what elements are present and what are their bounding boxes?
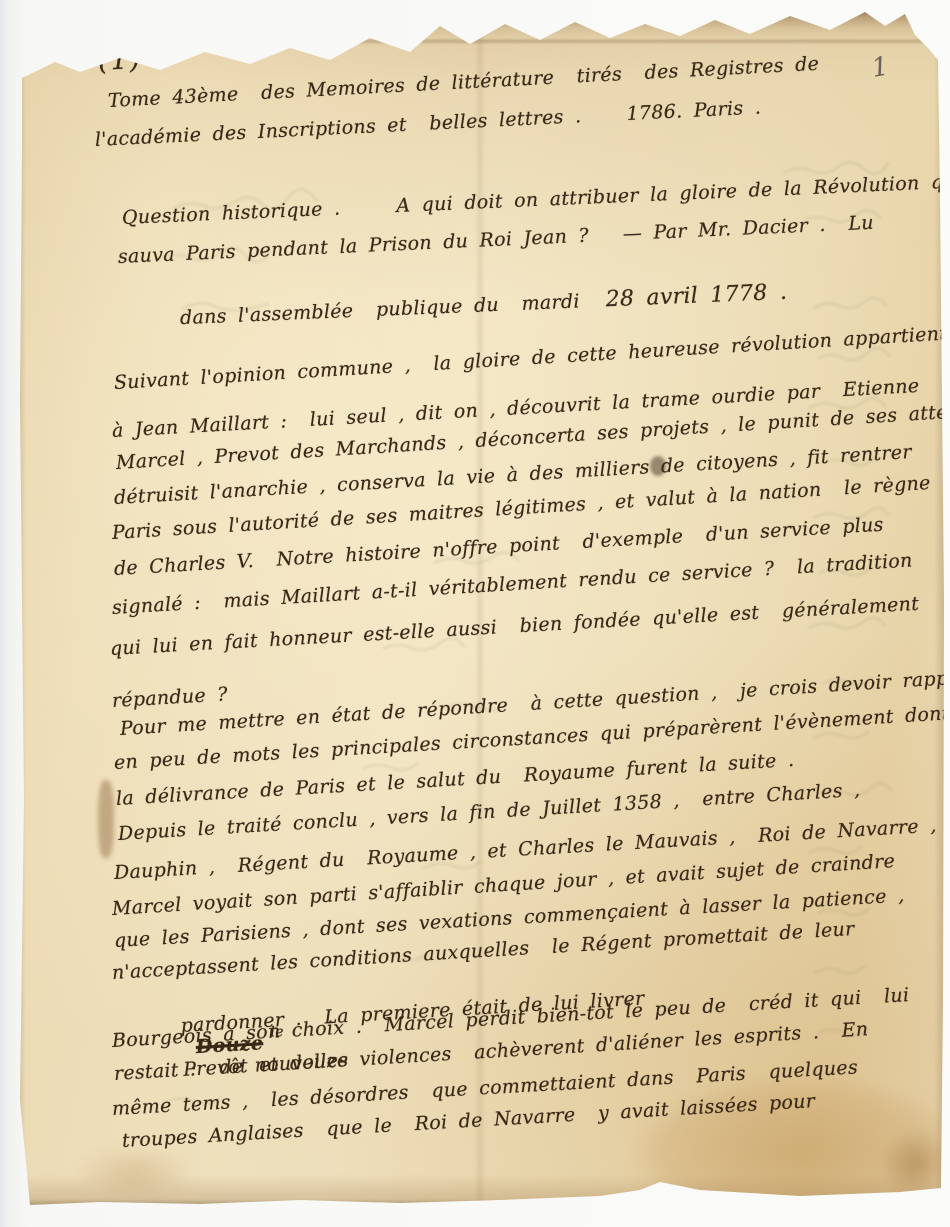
paper-stain xyxy=(74,1148,194,1198)
left-edge-shading xyxy=(14,8,26,1208)
bottom-edge-shading xyxy=(14,1174,946,1208)
paper-stain xyxy=(98,780,114,858)
manuscript-page: (1) 1 Tome 43ème des Memoires de littéra… xyxy=(14,8,946,1208)
scanned-manuscript: (1) 1 Tome 43ème des Memoires de littéra… xyxy=(0,0,950,1227)
folio-mark: (1) xyxy=(97,44,143,77)
heading-question: A qui doit on attribuer la gloire de la … xyxy=(396,170,950,217)
paper-stain xyxy=(880,1128,950,1200)
heading-label: Question historique . xyxy=(122,197,341,229)
manuscript-line: répandue ? xyxy=(111,683,228,712)
heading-line3-text: dans l'assemblée publique du mardi xyxy=(180,290,581,329)
page-number: 1 xyxy=(870,52,891,84)
heading-date: 28 avril 1778 . xyxy=(605,280,787,313)
